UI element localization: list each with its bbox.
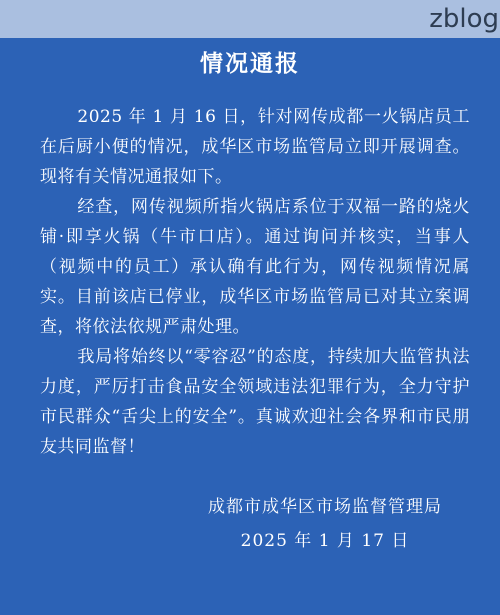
zblog-watermark: zblog (429, 0, 500, 38)
notice-text-block: 2025 年 1 月 16 日，针对网传成都一火锅店员工在后厨小便的情况，成华区… (0, 102, 500, 462)
notice-paragraph-findings: 经查，网传视频所指火锅店系位于双福一路的烧火铺·即享火锅（牛市口店）。通过询问并… (0, 192, 500, 342)
notice-paragraph-statement: 我局将始终以“零容忍”的态度，持续加大监管执法力度，严厉打击食品安全领域违法犯罪… (0, 342, 500, 462)
notice-paragraph-intro: 2025 年 1 月 16 日，针对网传成都一火锅店员工在后厨小便的情况，成华区… (0, 102, 500, 192)
watermark-bar: zblog (0, 0, 500, 38)
signature-date: 2025 年 1 月 17 日 (208, 524, 442, 558)
signature-inner: 成都市成华区市场监督管理局 2025 年 1 月 17 日 (208, 490, 442, 558)
notice-page: zblog 情况通报 2025 年 1 月 16 日，针对网传成都一火锅店员工在… (0, 0, 500, 615)
notice-title: 情况通报 (0, 48, 500, 80)
notice-body: 情况通报 2025 年 1 月 16 日，针对网传成都一火锅店员工在后厨小便的情… (0, 38, 500, 615)
signature-block: 成都市成华区市场监督管理局 2025 年 1 月 17 日 (0, 490, 500, 558)
signature-agency: 成都市成华区市场监督管理局 (208, 490, 442, 524)
